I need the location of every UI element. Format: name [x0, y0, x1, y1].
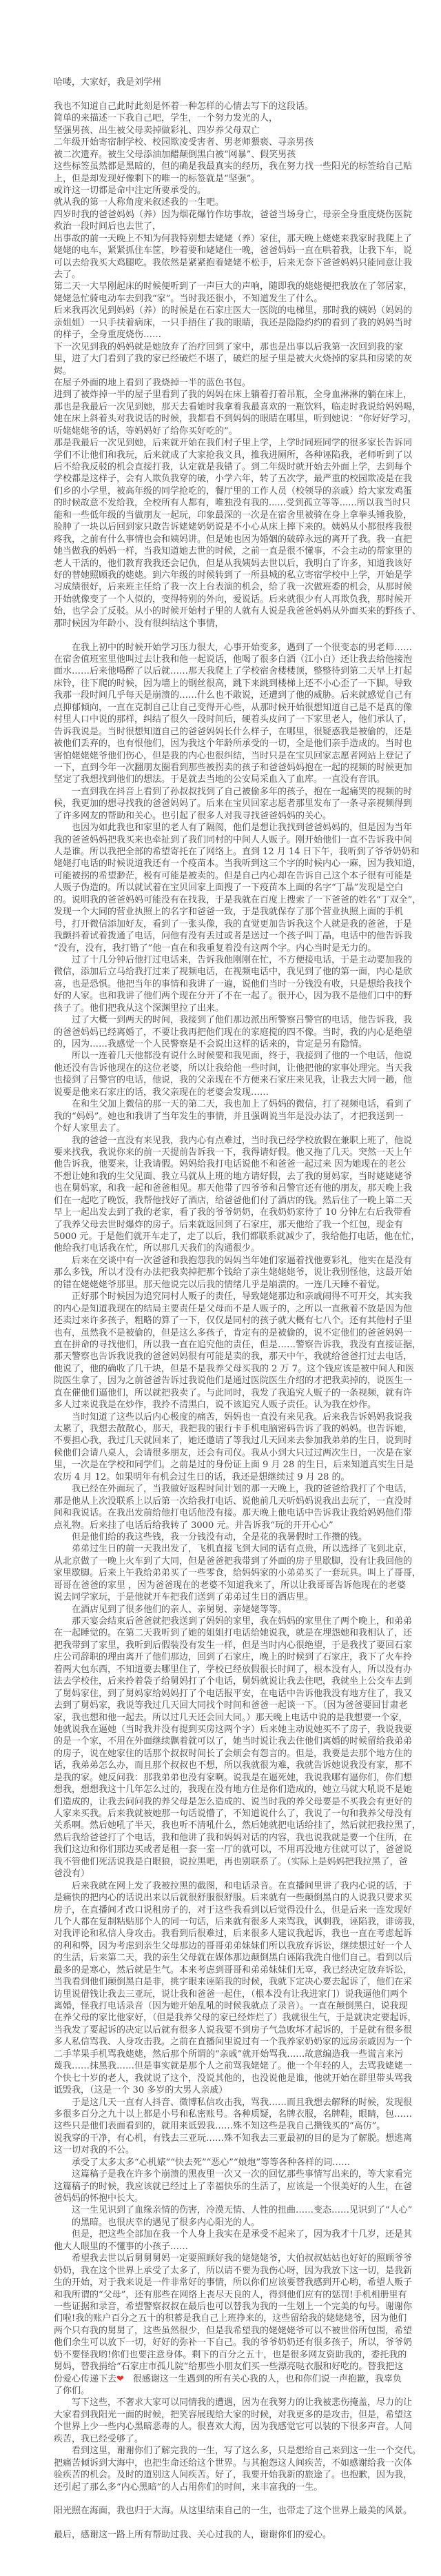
text-line: 的时候故意不发给我，全校所有人都有，唯独没有我的......受到孤立等等....…: [54, 497, 422, 509]
text-line: 们在一起吃了晚饭，我帮他找好了酒店，给爸爸他们付了酒店的钱。然后住了一晚上第二天: [54, 1195, 422, 1207]
text-line: 人贩子伪造的。所以就试着在宝贝回家上面搜了一下疫苗本上面的名字“丁晶”发现是空白: [54, 882, 422, 894]
text-line: 的房子，说在她家住的话那个叔叔时间长了会烦会有怨言的。但是，我要是去那个地方住的: [54, 1748, 422, 1760]
text-line: 要来找我，我说你来的前一天提前告诉我一下，我得请好假。他又拖了几天。突然一天上午: [54, 1147, 422, 1158]
text-line: 第二天一大早刚起床的时候便听到了一声巨大的声响，随即我的姥姥便把我放在了邻居家，: [54, 281, 422, 292]
text-line: 学校都是这样子，会有人欺负我穿的破，小学六年，转了五次学，最严重的校园欺凌是在我: [54, 473, 422, 485]
text-line: 在屋子外面的地上看到了我烧掉一半的蓝色书包。: [54, 377, 422, 389]
text-line: 他们余生可以放下一切，好好的弥补一下自己。我的爷爷奶奶还有很多孩子，所以，爷爷奶: [54, 2337, 422, 2348]
text-line: 在一起睡觉的。在第二天我听到了她的姐姐打电话给她说我，就是在埋怨她和我相认了，还: [54, 1627, 422, 1639]
text-line: 但是他们给的我这些钱，我一分钱没有动，全是花的我暑假时工作攒的钱。: [54, 1531, 422, 1543]
text-line: 的是一个家，不用在外面继续飘着就可以了，她当时说让我去住他们离婚的时候留给我弟弟: [54, 1735, 422, 1747]
text-line: 验疾苦的机会。及时的道别这人间疾苦。好了，我要开始我新的旅途了。也抱歉，因为我，: [54, 2469, 422, 2481]
text-line: 蔑我……抹黑我……但是事实就是那个人之前骂我姥姥了。他一个年轻的人，去骂我姥姥一: [54, 2060, 422, 2072]
text-line: 喜，也是恐惧。他把当年的事情和我讲了一遍，说他们当时一分钱没有收，只是想给我找个: [54, 978, 422, 990]
text-line: 于是这几天一直有人抖音、微博私信攻击我，骂我……而且我想去解释的时候，发现很: [54, 2097, 422, 2109]
text-line: 多很多百分之九十以上都是小号和私密账号。各种质疑，名牌衣服，名牌鞋，眼睛，包……: [54, 2109, 422, 2120]
text-line: 这些只是他们表面看到的，就用来诋毁我……殊不知这些是我自己攒钱买的“高仿”。: [54, 2120, 422, 2132]
text-line: 上，但是却发现好像剩下的唯一的标签就是“坚强”。: [54, 173, 422, 185]
text-line: 在和生父加上微信的那一天的第二天，我也加上了妈妈的微信，打了视频电话，看到了: [54, 1098, 422, 1110]
text-line: 舅妈，替我捐给“石家庄市孤儿院”给那些小朋友们买一些漂亮哒衣服和好吃的。替我把这: [54, 2361, 422, 2373]
text-line: 爸没有）: [54, 1868, 422, 1880]
text-line: 个世界上少一些内心黑暗恶毒的人。很喜欢大海，因为我感觉它可以装的下很多声音。人间: [54, 2421, 422, 2433]
text-line: 在酒店见到了很多他们的亲人、亲舅舅、亲姥姥等等。: [54, 1604, 422, 1616]
text-line: 写下这些，不奢求大家可以同情我的遭遇，因为在我努力的让我被悲伤掩盖，尽力的让: [54, 2397, 422, 2408]
text-line: 个快七十岁的老人，我就说了这个，没说其他的，也没说他是谁，他就开始在群里带头骂我: [54, 2073, 422, 2084]
text-line: 的样子，全身重度烧伤……: [54, 329, 422, 341]
text-line: 点礼物。后来挂了电话后给我转了 3000 元。并告诉我“玩的开开心心”: [54, 1520, 422, 1531]
text-line: 是我的家。她反问我：那我弟弟也没有家啊。说我是在逼死她，我说我哪有逼你们，你们想: [54, 1772, 422, 1784]
text-line: 床铃，往下爬的时候，因为墙上的钢丝很高，跳下来跳到楼梯上还不小心歪了一下脚。导致: [54, 678, 422, 690]
text-line: 被二次遗弃。被生父母添油加醋颠倒黑白被“网暴”、假笑男孩: [54, 149, 422, 161]
text-line: 去了。: [54, 269, 422, 281]
text-line: 发现一个大同的营业执照上的名字和爸爸一致，于是我就保存了那个营业执照上面的手机: [54, 906, 422, 918]
text-line: 家里歇脚。后来上午我给弟弟买了一些零食，给妈妈家的小弟弟买了一套玩具。叫上了哥哥…: [54, 1567, 422, 1579]
text-line: 早上一起出发去到了我的老家，看了我的爷爷奶奶，在我奶奶家待了 10 分钟左右后我…: [54, 1207, 422, 1218]
text-line: 疼我，之前有什么事情也会和姨妈讲。但是她也因为婚姻的破碎永远的离开了我。我一直把: [54, 534, 422, 545]
text-line: 大家看到我阳光一面的时候，把笑容展现给大家的时候，对我更多的是攻击，但是，希望这: [54, 2409, 422, 2421]
text-line: 烬。: [54, 365, 422, 377]
text-line: 院医生拿了，因为之前爸爸告诉过我说他们是通过医院医生介绍的才把我卖掉的，说医生一: [54, 1375, 422, 1387]
text-line: [54, 2517, 422, 2529]
text-line: 坚强男孩、出生被父母卖掉做彩礼、四岁养父母双亡: [54, 125, 422, 137]
text-line: 听姥姥姥爷的话，等妈妈好了给你买好吃的”。: [54, 425, 422, 437]
text-line: 里，一次是在学校和同学们。之前是过的身份证上面 9 月 28 的生日，后来知道真…: [54, 1459, 422, 1471]
text-line: 也在舅妈家，和我一起和爸爸相见。那天他带了四爷爷和吕警官还有他的朋友，那天晚上我: [54, 1183, 422, 1194]
red-heart-icon: ❤: [116, 2374, 124, 2384]
text-line: 最多的是寒心，然后就是生气。本来考虑到哥哥和弟弟妹妹们无辜，我已经决定放弃诉讼，: [54, 1964, 422, 1976]
text-line: 关系啊。然后她吼了半天，我也听不清吼什么，然后她就把电话给挂了，然后就把我拉黑了…: [54, 1820, 422, 1831]
text-line: 老人干活的，他们教育我我还会记仇，但是从我姨妈去世以后，我明白了许多，知道我该好: [54, 558, 422, 570]
text-line: 那时候因为年龄小、没有很纠结这个事情，: [54, 618, 422, 630]
text-line: 里，进了大门看到了我的家已经破烂不堪了，破烂的屋子里是被大火烧掉的家具和房梁的灰: [54, 353, 422, 365]
text-line: 能和一些低年级的当做朋友一起玩，印象最深的一次是在宿舍里被骑在身上拿拳头锤我脸，: [54, 510, 422, 521]
text-line: 或许这一切都是命中注定所要承受的。: [54, 185, 422, 197]
text-line: 离婚，怪我打电话录音（因为她开始乱吼的时候我就点了录音）。一直在颠倒黑白，说我现: [54, 2000, 422, 2012]
text-line: 学们不让他们和我玩，后来就成了大家抢我文具，推我进厕所，各种诬陷我，老师听到了以: [54, 450, 422, 461]
text-line: 开始就像变了一个人似的，变得特别的外向，爱说话。后来就很少有人再欺负我，那时候开: [54, 594, 422, 605]
text-line: 把痛苦倾诉到大海中，也把生命还给这个世界。与其抱怨这人间疾苦，不如感谢给我一次体: [54, 2457, 422, 2469]
text-line: 奶不要怪我哟!你们也要注意身体。剩下的百分之五十，也是很多网友资助我的，委托我的: [54, 2349, 422, 2361]
text-line: 那是他从上次没联系上以后第一次给我打电话、说他前几天听妈妈说我出去玩了，一直没时: [54, 1496, 422, 1507]
text-line: 了你们。: [54, 2385, 422, 2397]
text-line: 正好那个时候因为追究同村人贩子的责任，导致姥姥那边和亲戚闹得不可开交，其实我: [54, 1291, 422, 1302]
text-line: 还卖过来许多孩子，粗略的算了一下，仅仅是同村的孩子就大概有七八个。还有其他村子里: [54, 1315, 422, 1327]
text-line: 的黑暗。也很庆幸的遇见了很多内心阳光的人。: [54, 2217, 422, 2228]
text-line: 生的开始，对于我来说是一件非常好的事情，所以你们应该要替我感到开心哟，希望人贩子: [54, 2277, 422, 2288]
text-line: 他告诉我，他要来，让我请假。妈妈给我打电话说他不和爸爸一起过来 因为她现在的老公: [54, 1158, 422, 1170]
text-line: 那么多钱，所以才没有办法把我卖掉把那个钱给了亲生姥姥姥爷，说让我别怪他，这最开始: [54, 1267, 422, 1278]
text-line: 她当做我的妈妈一样，当我知道她去世的时候，之前一直是很不懂事，不会主动的帮家里的: [54, 545, 422, 557]
text-line: 姥姥的电车，紧紧抓住车筐，吵着要和姥姥住一晚，爸爸妈妈一直在哄着我，让我下车，说: [54, 245, 422, 256]
text-line: 习成绩很好，后来班主任给了我一次上台表演的机会，给了我一次做班委的机会，从那时候: [54, 581, 422, 593]
text-line: 把我带到了家里，我听到后假装没有发生一样，但是当时内心很绝望，于是我找了要回石家: [54, 1640, 422, 1651]
text-line: 亲姐姐）一只手扶着病床，一只手捂住了我的眼睛，我还是隐隐约约的看到了我的妈妈当时: [54, 317, 422, 329]
text-line: 我也不知道自己此时此刻是怀着一种怎样的心情去写下的这段话。: [54, 101, 422, 112]
text-line: 的爸爸妈妈已经离婚了，不要让我再把他们现在的家庭搅的四不像。当时，我的内心是绝望: [54, 1027, 422, 1038]
text-line: 后来我再次见到妈妈（养）的时候是在石家庄医大一医院的电梯里，那时我的姨妈（妈妈的: [54, 305, 422, 316]
text-line: 个好人家里去了。: [54, 1123, 422, 1134]
text-line: 着两大包东西，不知道要去哪里住了，学校已经放假很长时间了，根本没有人，所以没有办: [54, 1664, 422, 1676]
text-line: 两个只有我的舅舅了，这些虽然很少，但是我希望我的姥姥姥爷可以不被世俗所包围，希望: [54, 2325, 422, 2337]
text-line: 孩子了。他们把我从这个深渊里拉了出来。: [54, 1003, 422, 1014]
text-line: 诋毁我，（这是一个 30 多岁的大男人亲戚）: [54, 2084, 422, 2096]
text-line: 哥哥在爸爸的家里 ，因为爸爸现在的老婆不知道我来了，所以让我哥哥告诉他现在的老婆: [54, 1580, 422, 1591]
text-line: 我们这边和你们那边买或者是租一套一室一厅的就可以，不用再没地方住就可以了，爸爸说: [54, 1844, 422, 1855]
text-line: 5000 元。于是他们就开车走了，走了以后，我们都联系就减少了，我给他打电话，他…: [54, 1231, 422, 1242]
text-line: 这一生见识到了血缘亲情的伤害，冷漠无情、人性的扭曲……变态……见识到了“人心”: [54, 2204, 422, 2216]
text-line: 和我所谓的“父母”，还有那些在网络上丧尽天良的人，得到他们应有的惩罚!手机相册里…: [54, 2289, 422, 2301]
text-line: 看到这里，谢谢你们了解完我的一生，写了这么多，只是想给自己来到这一生一个交代。: [54, 2445, 422, 2457]
text-line: 点抑郁倾向，一直在克制自己让自己变得开心些，从那时候开始很想知道自己是不是真的像: [54, 702, 422, 714]
text-line: 这些标签虽然都是黑暗的，但的确是我最真实的经历，我在努力找一些阳光的标签给自己贴: [54, 161, 422, 172]
text-line: 好的人家。也和我讲了他们两个现在分开了不在一起了。很开心，因为我不是他们口中的野: [54, 990, 422, 1002]
document-page: 哈喽，大家好，我是刘学州 我也不知道自己此时此刻是怀着一种怎样的心情去写下的这段…: [0, 0, 441, 2576]
text-line: 被他们丢弃的，也有恨他们，因为我这个年龄所承受的一切，全是他们亲手造成的。当时也: [54, 738, 422, 749]
text-line: 他还没有告诉他现在的这位老婆，所以让我给他一些时间，让他把他的家事处理完。当天我: [54, 1063, 422, 1074]
text-line: 的内心是知道我现在的结局主要责任是父母而不是人贩子的，之所以一直揪着不放是因为他: [54, 1303, 422, 1315]
text-line: 救治一段时间后也去世了，: [54, 221, 422, 232]
text-line: 对我评论和私信人身攻击。我看到后很难过，后来很多人建议我起诉，我也一直在考虑起诉: [54, 1928, 422, 1940]
text-line: 们造成的，让我去问问我的养父母是怎么造成的、说当时我的养父母要是不买我会有更好的: [54, 1796, 422, 1808]
text-line: 去到了舅妈家，我说等我过几天回大同找个时间和爸爸一起谈一下。（因为爸爸要回甘肃老: [54, 1700, 422, 1711]
text-line: 的利和弊，因为考虑到亲生父母那边的哥哥弟弟妹妹们所以我放弃诉讼，继续想过好一个人: [54, 1940, 422, 1952]
text-line: 简单的来描述一下我自己吧，学生，一个努力发光的人，: [54, 112, 422, 124]
text-line: 份爱心传递下去❤ 很感谢这一生遇到的所有关心我的人，也和你们说一声抱歉，我辜负: [54, 2373, 422, 2385]
text-line: 的生活，后来第二天，我的亲生父母就在媒体那边颠倒黑白诬陷我洗白他们自己。看到以后: [54, 1952, 422, 1964]
text-line: 希望我去世以后舅舅舅妈一定要照顾好我的姥姥姥爷，大伯叔叔姑姑也好好的照顾爷爷: [54, 2253, 422, 2264]
text-line: 不想让她和我的生父见面、我立马就从上班的地方请好假，去了我的舅妈家，当时姥姥姥爷: [54, 1171, 422, 1183]
text-line: 当时知道了这些以后内心极度的痛苦，妈妈也一直没有来见我。后来我告诉妈妈我说我: [54, 1411, 422, 1423]
text-line: 我的爸爸一直没有来见我，我内心有点难过，当时我已经学校放假在兼职上班了，他说: [54, 1135, 422, 1147]
text-line: 间和我说话。在我出发前给他打电话他没有接。那天晚上他电话中告诉我让我给妈妈他们带: [54, 1507, 422, 1519]
text-line: 这一切对我的不公。: [54, 2144, 422, 2156]
text-line: 好的替她照顾我的姥姥。到六年级的时候转到了一所县城的私立寄宿学校中上学，开始是学: [54, 570, 422, 581]
text-line: 始，也学会了反驳。从小的时候开始村子里的人就有人说是我爸爸妈妈从外面买来的野孩子…: [54, 605, 422, 617]
text-line: 说要是他来石家庄的话，我父亲现在的老婆会发现……: [54, 1087, 422, 1098]
text-line: [54, 2493, 422, 2505]
text-line: 访里说借钱让我去三亚玩，说让我和爸爸一起住，（根本没有让我进家门）说我逼他们两个: [54, 1989, 422, 2000]
text-line: 哈喽，大家好，我是刘学州: [54, 77, 422, 88]
text-line: 还引起了那么多“内心黑暗”的人占用你们的时间，来丰富我的一生。: [54, 2482, 422, 2493]
text-line: 太累了，我想去散散心，那天，我把我的银行卡手机电脑密码告诉了我的妈妈。也告诉她，: [54, 1423, 422, 1435]
text-line: 那也是我最后一次见到她，那天去看她时我拿着我最喜欢的一瓶饮料，临走时我说给妈妈喝…: [54, 401, 422, 413]
text-line: 进到了被炸掉一半的屋子里看到了我的妈妈在床上躺着打着吊瓶，全身血淋淋的躺在床上，: [54, 389, 422, 401]
text-line: 微信，添加后立马给我打过来了视频电话，在视频电话中，我见到了他的第一面，内心是欣: [54, 966, 422, 978]
text-line: 那是我最后一次见到她，后来就开始在我们村子里上学，上学时同班同学的很多家长告诉同: [54, 437, 422, 449]
text-line: 我的“妈妈”。她也和我讲了当年发生的事情，并且强调说当年是没办法了，才把我送到一: [54, 1111, 422, 1123]
text-line: 我的爸爸妈妈把我买来也牵扯到了我们同村的中间人人贩子。刚开始他们一直不告诉我中间: [54, 834, 422, 846]
text-line: 一些证据和录音，希望警察叔叔在最后也可以替我为我的一生划上一个完美的句号。谢谢你: [54, 2301, 422, 2313]
text-line: 后来在交谈中有一次爸爸和我抱怨我的妈妈当年她们家逼着找他要彩礼，他实在是没有: [54, 1255, 422, 1267]
text-line: 在宿舍值班室里他叫过去让我和他一起说话，他喝了很多白酒（江小白）还让我去给他接泡: [54, 654, 422, 665]
text-line: 所以一连着几天他都没有说什么时候要和我见面，终于，我接到了他的一个电话，他说: [54, 1050, 422, 1062]
text-line: 后不给我反驳的机会直接打我，认定就是我错了。到二年级时就开始去外面上学，去到每个: [54, 461, 422, 473]
text-line: 那天警察也告诉我说我的爸爸妈妈很有可能是卖的我，那天中午，我就给爸爸打过去电话，: [54, 1351, 422, 1362]
text-line: 直在催他们逼他们，所以就把我卖了。与此同时，我发了我追究人贩子的一条视频，就有许: [54, 1387, 422, 1399]
text-line: 下一次见到我的妈妈就是她放弃了治疗回到了家中，那也是出事以后我第一次回到我的家: [54, 341, 422, 353]
text-line: 承受了太多太多“心机婊”“快去死”“恶心”“娘炮”等等各种各样的词……: [54, 2157, 422, 2169]
text-line: 二年级开始寄宿制学校、校园欺凌受害者、男老师猥亵、寻亲男孩: [54, 137, 422, 148]
text-line: 话，我弟弟怎么办，而且那个叔叔也不想，所以我就很为难，我就告诉她说我没有家，那不: [54, 1760, 422, 1771]
text-line: 也有，虽然我不是被偷的，但是这么多孩子，肯定有的是被偷的，说不定他们的爸爸妈妈一: [54, 1327, 422, 1339]
text-line: 直在拼命的寻找他们，所以我一直在追究他的责任，但是……警察告诉我，我没有直接证据…: [54, 1339, 422, 1351]
text-line: 那天宴会结束后爸爸就把我送到了妈妈的家里，我在妈妈的家里住了两个晚上，和弟弟: [54, 1616, 422, 1627]
text-line: 几个人都在复制粘贴那个人的同一句话，后来就有很多人来骂我，讽刺我，诬陷我，诽谤我…: [54, 1916, 422, 1928]
text-line: 法去学校住，后来拎着袋子给舅妈打了个电话，舅妈就说让我去住吧，我就坐上公交车去到: [54, 1676, 422, 1687]
text-line: 我颤抖着试着拨通了电话，问他有没有丢过或者是送过一个孩子叫丁晶，电话中的他告诉我: [54, 930, 422, 942]
text-line: 我那一段时间几乎每天是崩溃的……什么也不敢说，还遭到了他的威胁。后来就感觉自己有: [54, 690, 422, 701]
text-line: 阳光照在海面，我也归于大海。从这里结束自己的一生，也带走了这个世界上最美的风景。: [54, 2505, 422, 2517]
text-line: 人家来买我。后来我就被她那一句话说懵了，不知道说什么了，我说了一句和我养父母没有: [54, 1808, 422, 1820]
text-line: 过了十几分钟后他打过电话来，告诉我他刚刚在忙，不方便接电话，于是主动要加我的: [54, 954, 422, 966]
text-line: 说我穿的干净，有心机，有钱去三亚玩……殊不知我去三亚最初的目的是为了解脱。想逃离: [54, 2133, 422, 2144]
text-line: 后来我就在网上发了我被拉黑的截图，和电话录音。在直播间里讲了我内心说的话，于: [54, 1880, 422, 1892]
text-line: 告诉我说是。当时很想知道自己的爸爸妈妈长什么样子，在哪里，很疑惑我是被偷的，还是: [54, 726, 422, 738]
text-line: 二手苹果手机骂我姥姥，然后那个所谓的“亲戚”就开始骂我……故意编造我一些谎言来污: [54, 2049, 422, 2060]
text-line: 们啦!我的账户百分之五十的积蓄是我自己上班挣来的，这些留给我的姥姥姥爷，因为他们: [54, 2313, 422, 2324]
text-line: 这篇稿子的时候，我应该就已经过上了幸福快乐的生活了，应该是一个很美好的人生，在爸: [54, 2181, 422, 2193]
text-line: 奶奶，我在这个世界上承受了太多了，所以请不要为我伤心呀，因为我放下这一切，是我新: [54, 2265, 422, 2277]
text-line: 姥姥急忙骑电动车去到我“家”。当时我还很小，不知道发生了什么。: [54, 293, 422, 305]
text-line: 最后，感谢这一路上所有帮助过我、关心过我的人，谢谢你们的爱心。: [54, 2529, 422, 2541]
text-line: 是痛快的把内心的话说出来以后就很舒服很舒服。后来就有一些颠倒黑白的人说我只要求买: [54, 1892, 422, 1904]
text-line: 农历 4 月 12。如果明年有机会过生日的话，我还是想继续过 9 月 28 的。: [54, 1471, 422, 1483]
text-line: 过了大概一到两天的时间，我接到了他们那边派出所警察吕警官的电话，他告诉我，我: [54, 1014, 422, 1026]
text-line: 她在床上斜着头对我说话的时候，我都看不到妈妈的眼睛在哪里，听到她说：“你好好学习…: [54, 413, 422, 425]
text-line: 庄公司辞职的理由离开了他们那边，回到了石家庄，晚上的时候到了石家庄，我下了火车拎: [54, 1651, 422, 1663]
text-line: 们乡的小学里，被高年级的同学抢吃的，餐厅里的工作人员（校领导的亲戚）给大家发鸡蛋: [54, 485, 422, 497]
text-line: 一下，直到今年一次翻朋友圈看到那些被拐卖的孩子和爸爸妈妈抱在一起的视频的时候更加: [54, 762, 422, 774]
text-line: 面水……后来他喝醉了以后就……那天我爬上了学校宿舍楼楼顶，整整待到第二天早上打起: [54, 665, 422, 677]
text-line: 当我看到他们颠倒黑白是非，挑字眼来诬陷我的时候，我就下定决心要去起诉了，他们在采: [54, 1976, 422, 1988]
text-line: 了我养父母去世时爆炸的房子。后来就返回到了石家庄，那天他给了我一个红包，现金有: [54, 1219, 422, 1231]
text-line: 多人过来说我是在炒作，我拎不清黑白，说不该追究人贩子责任。认为我在炒作。: [54, 1399, 422, 1411]
text-line: 我已经在外面玩了，当我做好返程时间计划的那一天晚上，我的爸爸给我打了个电话，: [54, 1483, 422, 1495]
letter-body: 哈喽，大家好，我是刘学州 我也不知道自己此时此刻是怀着一种怎样的心情去写下的这段…: [54, 77, 422, 2542]
text-line: 了许多网友的帮助和关心。也引起了很多人对我寻找爸爸妈妈的关心。: [54, 810, 422, 822]
text-line: 可以去给我买大鸡腿吃。我依然是紧紧抱着姥姥不松手，后来无奈下爸爸妈妈只能同意让我: [54, 257, 422, 269]
text-line: 然后我给爸爸打了个电话，我和他讲了我和妈妈对话的内容，我也说我就是要一个住所，在: [54, 1832, 422, 1844]
text-line: 可能被拐的希望渺茫，极有可能是被卖的。但是自己内心却在告诉自己这个本子很有可能是: [54, 870, 422, 882]
text-line: 一直到我在抖音上看到了孙叔叔找到了自己被偷多年的孩子，抱在一起痛哭的视频的时: [54, 786, 422, 798]
text-line: 从北京做了一晚上火车到了大同，但是爸爸把我带到了外面的房子里歇脚，没有让我回他的: [54, 1556, 422, 1567]
text-line: 的错在姥姥姥爷那里。那天他说完以后我的情绪几乎是崩溃的。一连几天睡不着觉。: [54, 1279, 422, 1291]
text-line: 号，打开微信添加好友，看到了一张头像，我的直觉更加告诉我这个人就是我的爸爸，于是: [54, 918, 422, 930]
text-line: 说去同学家玩，于是他就开车把我们送到了弟弟过生日的酒店里。: [54, 1591, 422, 1603]
text-line: 的，因为……我感觉一个人民警察是不会说出这样的话来的，肯定是另有隐情。: [54, 1038, 422, 1050]
text-line: 但是，把这些全部加在我一个人身上我实在是承受不起来了，因为我才十几岁，还是其: [54, 2228, 422, 2240]
text-line: 家，我也想和他一起去。所以过几天还会回大同。）那天晚上电话中说的是我想要一个家，: [54, 1712, 422, 1724]
text-line: 候，我更加的想寻找我的爸爸妈妈了。后来在宝贝回家志愿者那里发布了一条寻亲视频得到: [54, 798, 422, 809]
text-line: 害怕姥姥姥爷他们伤心，但是我的内心也很纠结，当时只是在宝贝回家志愿者网站上登记了: [54, 750, 422, 762]
text-line: 候他们会请八桌人，会请很多朋友，还会有司仪。我从小到大只过过两次生日，一次是在家: [54, 1447, 422, 1459]
text-line: 多人私信骂我、人身攻击我。之前在直播间里说过有一个我养家奶奶家的远房亲戚因为一个: [54, 2036, 422, 2048]
text-line: 疾苦，我已经受够了。: [54, 2433, 422, 2445]
text-line: 也因为如此我也和家里的老人有了隔阂，他们是想让我找到爸爸妈妈的，但是因为当年: [54, 822, 422, 834]
text-line: 他大人眼里的不懂事的小孩子……: [54, 2241, 422, 2253]
text-line: 这篇稿子是我在许多个崩溃的黑夜里一次又一次的回忆那些事情写出来的，等大家看完: [54, 2169, 422, 2180]
text-line: 也接到了吕警官的电话，他说，我的父亲现在不方便来石家庄来见我，让我去大同一趟，他: [54, 1074, 422, 1086]
text-line: 脸肿了一块以后回到家只敢告诉姥姥奶奶说是不小心从床上摔下来的。姨妈从小都很疼我很: [54, 521, 422, 533]
text-line: 人是谁。所以我把全部的希望寄托在了网络上。直到 12 月 14 日下午，我听到了…: [54, 846, 422, 858]
text-line: 出事故的前一天晚上不知为何我特别想去姥姥（养）家住，那天晚上姥姥来我家时我爬上了: [54, 233, 422, 245]
text-line: 当我发了要起诉的决定以后就有很多人说我要不到房子气急败坏才起诉的，于是就有很多很: [54, 2024, 422, 2036]
text-line: 弟弟过生日的前一天我出发了，飞机直接飞到大同的话有点贵，所以选择了飞到北京，: [54, 1543, 422, 1555]
text-line: 房子，在直播间才改口说租房子的，对于这些我看到以后觉得没什么，但是后来一连发现好: [54, 1904, 422, 1916]
text-line: 他说了，他的确收了几千块，但是不是我养父母买我的 2 万 7。这个钱应该是被中间…: [54, 1363, 422, 1375]
text-line: 就从我的第一人称角度来叙述我的一生吧。: [54, 197, 422, 208]
text-line: 在我上初中的时候开始学习压力很大，心事开始变多，遇到了一个很变态的男老师……: [54, 642, 422, 654]
text-line: 不要担心我，我过几天就回来了，她还邀请了等我过几天回来去参加我弟弟的生日，说到时: [54, 1435, 422, 1447]
text-line: 的。说明我的爸爸妈妈可能没有在找我，于是我就在百度上搜索了一下爸爸的姓名“丁双全…: [54, 894, 422, 906]
text-line: 想我，想想我这十几年怎么过的，我现在没有地方住是你们造成的，她立马就大吼说不是她: [54, 1784, 422, 1795]
text-line: 姥姥打电话的时候说道我还有一个疫苗本。当我听到这三个字的时候内心一麻，因为我知道…: [54, 858, 422, 869]
text-line: 了舅妈家住，到了舅妈家给妈妈打了个电话报平安，在电话中告诉他我没有地方住了，我又: [54, 1688, 422, 1700]
text-line: “没有，没有，我打错了”他一直在和我重复着没有这两个字。内心当时是无力的。: [54, 943, 422, 954]
text-line: 爸妈妈的怀抱中长大。: [54, 2193, 422, 2204]
text-line: 四岁时我的爸爸妈妈（养）因为烟花爆竹作坊事故，爸爸当场身亡，母亲全身重度烧伤医院: [54, 209, 422, 221]
text-line: 村里人口中说的那样，纠结了很久一段时间后，硬着头皮问了一下家里老人，他们承认了，: [54, 714, 422, 725]
text-line: 坚定了我想找到他们的想法。于是就去当地的公安局采血入了血库。一直没有音讯。: [54, 774, 422, 785]
text-line: [54, 630, 422, 641]
text-line: 在养父母的家比他家好，（但是我养父母的家已经炸烂了）我就很生气，于是就决定要起诉…: [54, 2012, 422, 2024]
text-line: 我不管他们死活说我是白眼狼，说拉黑吧，再也别联系了。（实际上是妈妈把我拉黑了，爸: [54, 1856, 422, 1868]
text-line: 他给我打电话我在忙，所以那几天我们的沟通很少。: [54, 1242, 422, 1254]
text-line: 她就说我在逼她（当时我并没有提到买房这两个字）后来她主动说她买不了房子，我说我要: [54, 1724, 422, 1735]
text-line: [54, 88, 422, 100]
